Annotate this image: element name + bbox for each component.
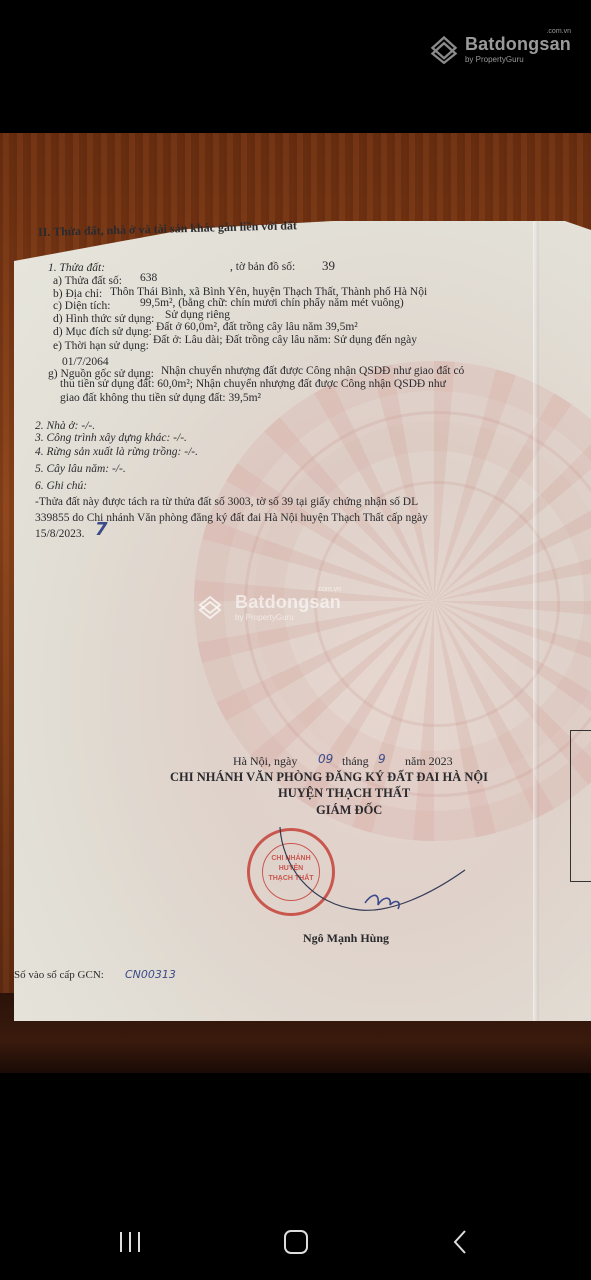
- watermark-brand: Batdongsan: [465, 34, 571, 55]
- date-month: 9: [378, 753, 386, 766]
- origin-value-line-3: giao đất không thu tiền sử dụng đất: 39,…: [60, 392, 261, 405]
- issuer-line-1: CHI NHÁNH VĂN PHÒNG ĐĂNG KÝ ĐẤT ĐAI HÀ N…: [170, 771, 488, 784]
- date-place: Hà Nội, ngày: [233, 755, 297, 768]
- date-month-label: tháng: [342, 755, 369, 768]
- gcn-label: Số vào sổ cấp GCN:: [14, 969, 104, 982]
- notes-line-2: 339855 do Chi nhánh Văn phòng đăng ký đấ…: [35, 512, 428, 525]
- signer-name: Ngô Mạnh Hùng: [303, 932, 389, 945]
- other-construction-item: 3. Công trình xây dựng khác: -/-.: [35, 432, 187, 445]
- signature: [270, 825, 470, 925]
- origin-value-line-2: thu tiền sử dụng đất: 60,0m²; Nhận chuyể…: [60, 378, 446, 391]
- land-heading: 1. Thửa đất:: [48, 262, 105, 275]
- home-button[interactable]: [276, 1228, 316, 1258]
- usage-term-value: Đất ở: Lâu dài; Đất trồng cây lâu năm: S…: [153, 334, 417, 347]
- origin-value-line-1: Nhận chuyển nhượng đất được Công nhận QS…: [161, 365, 464, 378]
- issuer-line-2: HUYỆN THẠCH THẤT: [278, 787, 410, 800]
- batdongsan-watermark-center: .com.vn Batdongsan by PropertyGuru: [229, 592, 341, 622]
- usage-purpose-label: d) Mục đích sử dụng:: [53, 326, 152, 339]
- parcel-number-value: 638: [140, 272, 157, 285]
- batdongsan-logo-icon: [429, 34, 459, 64]
- home-icon: [276, 1228, 316, 1258]
- forest-item: 4. Rừng sản xuất là rừng trồng: -/-.: [35, 446, 198, 459]
- date-year: năm 2023: [405, 755, 453, 768]
- map-sheet-value: 39: [322, 259, 335, 272]
- recent-apps-icon: [111, 1228, 151, 1258]
- usage-term-label: e) Thời hạn sử dụng:: [53, 340, 149, 353]
- notes-line-3: 15/8/2023.: [35, 528, 85, 541]
- recent-apps-button[interactable]: [111, 1228, 151, 1258]
- watermark-tagline: by PropertyGuru: [465, 55, 571, 64]
- batdongsan-watermark-top: .com.vn Batdongsan by PropertyGuru: [465, 34, 571, 64]
- handwritten-mark: 7: [95, 523, 108, 536]
- notes-heading: 6. Ghi chú:: [35, 480, 87, 493]
- issuer-line-3: GIÁM ĐỐC: [316, 804, 382, 817]
- perennial-item: 5. Cây lâu năm: -/-.: [35, 463, 126, 476]
- registration-table-edge: [570, 730, 591, 882]
- area-label: c) Diện tích:: [53, 300, 110, 313]
- date-day: 09: [318, 753, 333, 766]
- page-fold: [533, 221, 539, 1021]
- map-sheet-label: , tờ bản đồ số:: [230, 261, 295, 274]
- notes-line-1: -Thửa đất này được tách ra từ thửa đất s…: [35, 496, 418, 509]
- watermark-domain: .com.vn: [546, 28, 571, 35]
- usage-form-label: d) Hình thức sử dụng:: [53, 313, 154, 326]
- gcn-value: CN00313: [125, 968, 176, 981]
- system-navigation-bar: [0, 1200, 591, 1280]
- watermark-brand: Batdongsan: [235, 592, 341, 613]
- watermark-tagline: by PropertyGuru: [235, 613, 341, 622]
- watermark-domain: .com.vn: [317, 586, 342, 593]
- back-icon: [443, 1228, 483, 1258]
- back-button[interactable]: [443, 1228, 483, 1258]
- usage-purpose-value: Đất ở 60,0m², đất trồng cây lâu năm 39,5…: [156, 321, 358, 334]
- batdongsan-logo-icon: [197, 594, 223, 620]
